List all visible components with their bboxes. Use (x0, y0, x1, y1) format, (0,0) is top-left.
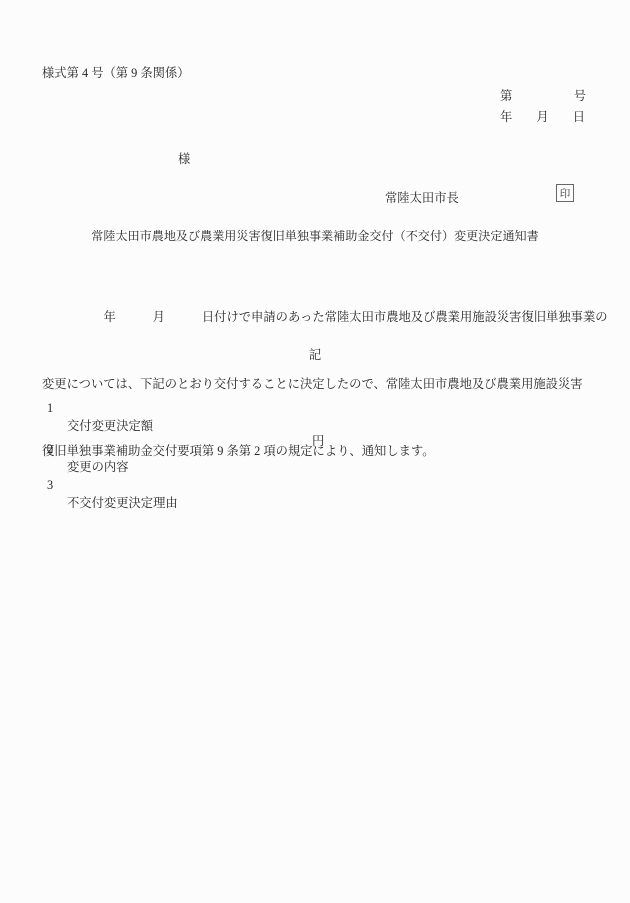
body-line-1: 年 月 日付けで申請のあった常陸太田市農地及び農業用施設災害復旧単独事業の (42, 306, 620, 328)
item-row-non-grant-reason: 3 不交付変更決定理由 (0, 463, 630, 480)
doc-number-prefix: 第 (500, 86, 512, 104)
record-marker: 記 (0, 345, 630, 363)
item-row-change-details: 2 変更の内容 (0, 427, 630, 444)
seal-character: 印 (560, 186, 571, 201)
doc-number-suffix: 号 (574, 86, 586, 104)
doc-number-line: 第 号 (500, 86, 586, 104)
date-day-label: 日 (573, 107, 585, 125)
form-number: 様式第 4 号（第 9 条関係） (42, 63, 190, 81)
seal-box: 印 (556, 184, 574, 202)
item-label: 不交付変更決定理由 (67, 493, 178, 511)
recipient-honorific: 様 (178, 149, 190, 167)
item-number: 2 (47, 442, 53, 457)
sender-name: 常陸太田市長 (385, 188, 459, 206)
document-page: 様式第 4 号（第 9 条関係） 第 号 年 月 日 様 常陸太田市長 印 常陸… (0, 0, 630, 903)
item-number: 1 (47, 401, 53, 416)
date-year-label: 年 (500, 107, 512, 125)
item-row-grant-change-amount: 1 交付変更決定額 円 (0, 386, 630, 403)
date-month-label: 月 (536, 107, 548, 125)
document-title: 常陸太田市農地及び農業用災害復旧単独事業補助金交付（不交付）変更決定通知書 (0, 227, 630, 244)
date-line: 年 月 日 (500, 107, 585, 125)
item-number: 3 (47, 478, 53, 493)
